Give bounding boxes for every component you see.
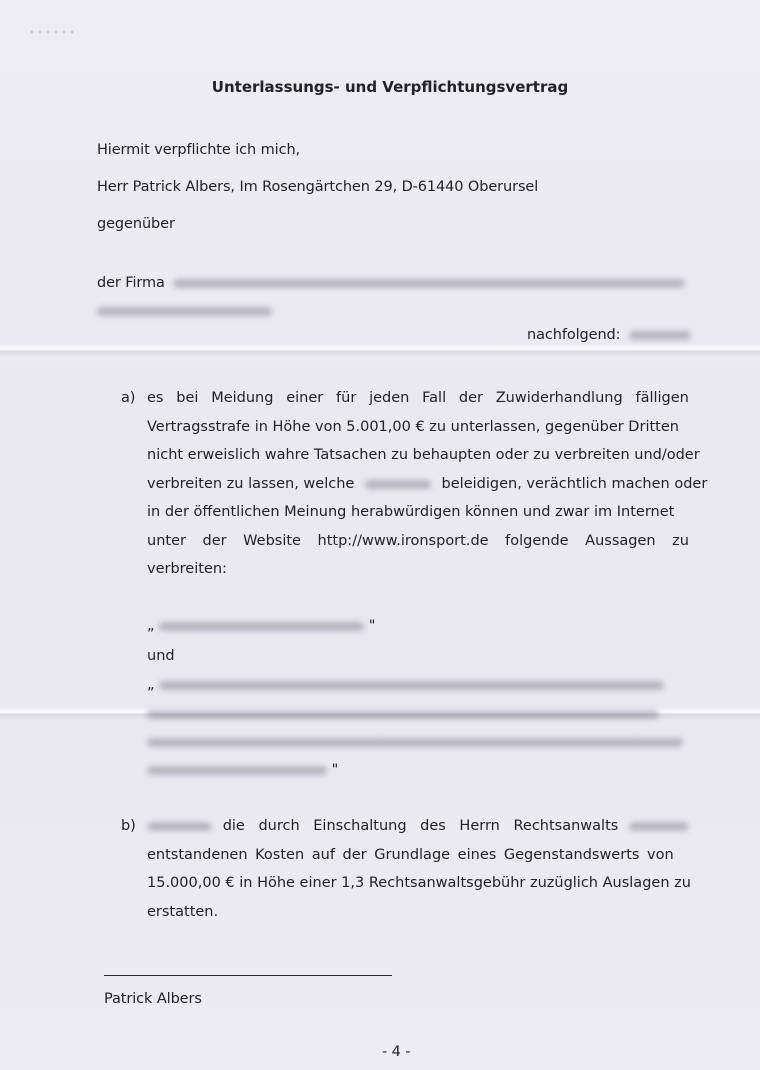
word: Zuwiderhandlung (496, 390, 623, 406)
hereafter-line: nachfolgend: (527, 327, 691, 343)
quoted-statement-2-line-2 (147, 706, 659, 722)
word: bei (176, 390, 198, 406)
company-line: der Firma (97, 275, 685, 291)
word: unter (147, 533, 186, 549)
quote-close: " (369, 618, 376, 634)
clause-b-marker: b) (121, 818, 136, 834)
word: zu (672, 533, 689, 549)
clause-b-line-1: die durch Einschaltung des Herrn Rechtsa… (147, 818, 689, 834)
document-title: Unterlassungs- und Verpflichtungsvertrag (0, 78, 760, 96)
redacted-statement (147, 766, 327, 775)
clause-a-marker: a) (121, 390, 135, 406)
redacted-statement (147, 710, 659, 719)
text-after: beleidigen, verächtlich machen oder (442, 476, 708, 492)
quote-close: " (332, 762, 339, 778)
page-number: - 4 - (382, 1044, 410, 1060)
document-page: Unterlassungs- und Verpflichtungsvertrag… (0, 0, 760, 1070)
company-label: der Firma (97, 275, 165, 291)
clause-a-line-1: es bei Meidung einer für jeden Fall der … (147, 390, 689, 406)
clause-a-line-4: verbreiten zu lassen, welche beleidigen,… (147, 476, 707, 492)
website-url: http://www.ironsport.de (318, 533, 489, 549)
towards-text: gegenüber (97, 216, 175, 232)
clause-b-line-4: erstatten. (147, 904, 218, 920)
quoted-statement-2-line-3 (147, 734, 683, 750)
party-address: Herr Patrick Albers, Im Rosengärtchen 29… (97, 179, 538, 195)
word: Website (243, 533, 301, 549)
text: die durch Einschaltung des Herrn Rechtsa… (223, 818, 619, 834)
word: einer (286, 390, 323, 406)
clause-a-line-6: unter der Website http://www.ironsport.d… (147, 533, 689, 549)
word: für (336, 390, 356, 406)
word: folgende (505, 533, 568, 549)
clause-a-line-5: in der öffentlichen Meinung herabwürdige… (147, 504, 674, 520)
word: fälligen (635, 390, 688, 406)
signature-line (104, 975, 392, 976)
redacted-statement (147, 738, 683, 747)
word: jeden (369, 390, 409, 406)
redacted-company-name (173, 279, 685, 288)
clause-a-line-3: nicht erweislich wahre Tatsachen zu beha… (147, 447, 700, 463)
text-before: verbreiten zu lassen, welche (147, 476, 354, 492)
word: Fall (422, 390, 446, 406)
quoted-statement-2-line-1: „ (147, 677, 664, 693)
word: Meidung (211, 390, 273, 406)
redacted-short-name (365, 480, 431, 489)
hereafter-label: nachfolgend: (527, 327, 620, 343)
paper-fold-line (0, 343, 760, 357)
quoted-statement-2-line-4: " (147, 762, 338, 778)
clause-b-line-2: entstandenen Kosten auf der Grundlage ei… (147, 847, 674, 863)
quoted-statement-1: „ " (147, 618, 375, 634)
conjunction: und (147, 648, 175, 664)
word: der (203, 533, 227, 549)
intro-text: Hiermit verpflichte ich mich, (97, 142, 300, 158)
company-address-line (97, 303, 272, 319)
redacted-lawyer-name (629, 822, 689, 831)
word: der (459, 390, 483, 406)
redacted-short-name (147, 822, 212, 831)
redacted-short-name (629, 331, 691, 340)
quote-open: „ (147, 677, 155, 693)
word: es (147, 390, 163, 406)
clause-a-line-7: verbreiten: (147, 561, 227, 577)
quote-open: „ (147, 618, 155, 634)
scan-speck (28, 28, 78, 36)
clause-a-line-2: Vertragsstrafe in Höhe von 5.001,00 € zu… (147, 419, 679, 435)
redacted-statement (159, 622, 364, 631)
word: Aussagen (585, 533, 655, 549)
redacted-company-address (97, 307, 272, 316)
redacted-statement (159, 681, 664, 690)
signatory-name: Patrick Albers (104, 991, 202, 1007)
clause-b-line-3: 15.000,00 € in Höhe einer 1,3 Rechtsanwa… (147, 875, 691, 891)
